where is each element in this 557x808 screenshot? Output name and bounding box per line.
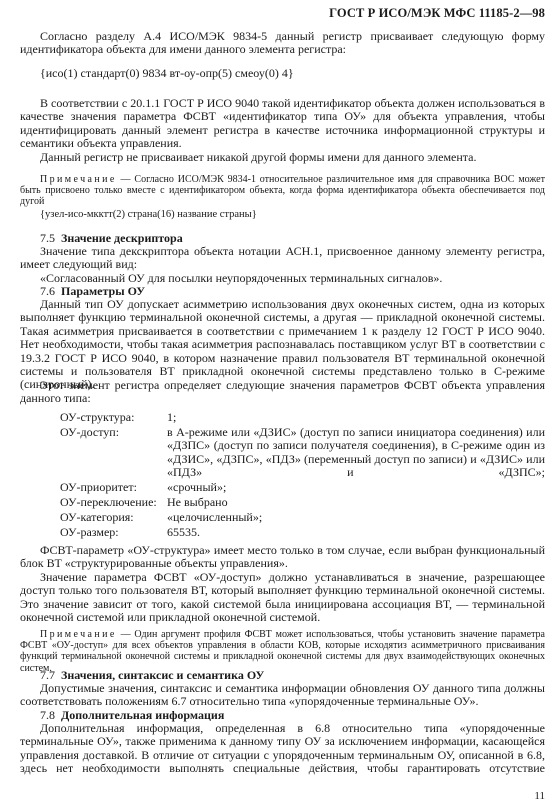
parameter-row: ОУ-переключение: Не выбрано <box>60 496 545 509</box>
section-title: Значение дескриптора <box>61 231 183 245</box>
parameter-key: ОУ-приоритет: <box>60 481 167 494</box>
paragraph: Дополнительная информация, определенная … <box>20 722 545 776</box>
parameter-value: Не выбрано <box>167 496 545 509</box>
document-header: ГОСТ Р ИСО/МЭК МФС 11185-2—98 <box>329 6 545 21</box>
parameter-value: «целочисленный»; <box>167 511 545 524</box>
oid-arc-value: {узел-исо-мкктт(2) страна(16) название с… <box>20 209 545 220</box>
parameter-row: ОУ-структура: 1; <box>60 411 545 424</box>
paragraph-additional-info: Дополнительная информация, определенная … <box>20 722 545 776</box>
parameter-key: ОУ-доступ: <box>60 426 167 480</box>
section-number: 7.5 <box>40 231 55 245</box>
parameter-row: ОУ-размер: 65535. <box>60 526 545 539</box>
paragraph-semantics: Допустимые значения, синтаксис и семанти… <box>20 682 545 709</box>
paragraph: Данный регистр не присваивает никакой др… <box>20 151 545 164</box>
paragraph: ФСВТ-параметр «ОУ-структура» имеет место… <box>20 544 545 571</box>
section-title: Параметры ОУ <box>61 284 145 298</box>
section-number: 7.8 <box>40 708 55 722</box>
paragraph-no-other-name: Данный регистр не присваивает никакой др… <box>20 151 545 164</box>
paragraph-params-intro: Этот элемент регистра определяет следующ… <box>20 379 545 406</box>
page-number: 11 <box>534 790 545 802</box>
paragraph-oid-intro: Согласно разделу А.4 ИСО/МЭК 9834-5 данн… <box>20 30 545 57</box>
parameter-value: 1; <box>167 411 545 424</box>
section-number: 7.7 <box>40 668 55 682</box>
paragraph: Этот элемент регистра определяет следующ… <box>20 379 545 406</box>
note-1: Примечание — Согласно ИСО/МЭК 9834-1 отн… <box>20 174 545 208</box>
parameter-value: в А-режиме или «ДЗИС» (доступ по записи … <box>167 426 545 480</box>
note-text: Примечание — Согласно ИСО/МЭК 9834-1 отн… <box>20 174 545 208</box>
parameter-key: ОУ-переключение: <box>60 496 167 509</box>
parameter-key: ОУ-категория: <box>60 511 167 524</box>
paragraph-structure-param: ФСВТ-параметр «ОУ-структура» имеет место… <box>20 544 545 571</box>
section-title: Дополнительная информация <box>61 708 224 722</box>
oid-value: {исо(1) стандарт(0) 9834 вт-оу-опр(5) см… <box>20 67 545 80</box>
parameter-key: ОУ-структура: <box>60 411 167 424</box>
paragraph: В соответствии с 20.1.1 ГОСТ Р ИСО 9040 … <box>20 97 545 151</box>
note-label: Примечание <box>40 629 117 640</box>
parameter-value: «срочный»; <box>167 481 545 494</box>
parameter-value: 65535. <box>167 526 545 539</box>
oid-arc: {узел-исо-мкктт(2) страна(16) название с… <box>20 209 545 220</box>
parameter-row: ОУ-приоритет: «срочный»; <box>60 481 545 494</box>
parameter-row: ОУ-доступ: в А-режиме или «ДЗИС» (доступ… <box>60 426 545 480</box>
paragraph: Допустимые значения, синтаксис и семанти… <box>20 682 545 709</box>
parameter-key: ОУ-размер: <box>60 526 167 539</box>
paragraph: Значение типа декскриптора объекта нотац… <box>20 245 545 272</box>
section-title: Значения, синтаксис и семантика ОУ <box>61 668 264 682</box>
note-label: Примечание <box>40 174 117 185</box>
paragraph-descriptor: Значение типа декскриптора объекта нотац… <box>20 245 545 272</box>
paragraph-access-param: Значение параметра ФСВТ «ОУ-доступ» долж… <box>20 571 545 625</box>
paragraph-gost-9040: В соответствии с 20.1.1 ГОСТ Р ИСО 9040 … <box>20 97 545 151</box>
section-number: 7.6 <box>40 284 55 298</box>
object-identifier: {исо(1) стандарт(0) 9834 вт-оу-опр(5) см… <box>20 67 545 80</box>
paragraph: Значение параметра ФСВТ «ОУ-доступ» долж… <box>20 571 545 625</box>
parameter-row: ОУ-категория: «целочисленный»; <box>60 511 545 524</box>
parameter-list: ОУ-структура: 1; ОУ-доступ: в А-режиме и… <box>60 411 545 541</box>
paragraph: Согласно разделу А.4 ИСО/МЭК 9834-5 данн… <box>20 30 545 57</box>
